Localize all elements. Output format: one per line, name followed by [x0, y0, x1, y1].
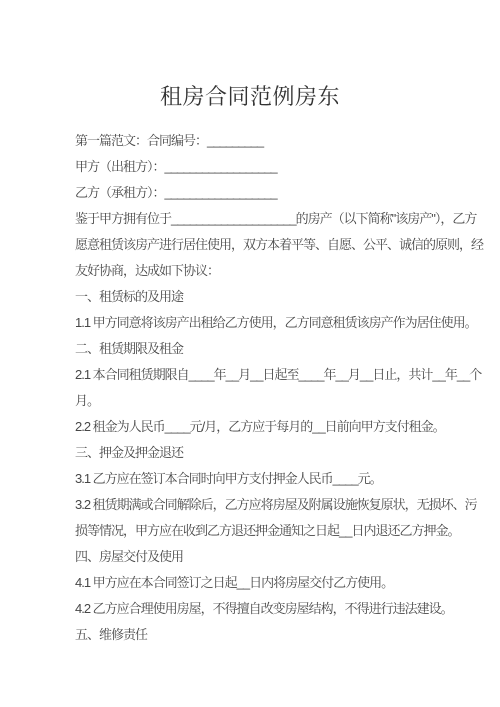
contract-section-3-heading: 三、押金及押金退还 — [75, 440, 445, 466]
contract-clause-4-1: 4.1 甲方应在本合同签订之日起__日内将房屋交付乙方使用。 — [75, 570, 445, 596]
document-body: 第一篇范文：合同编号：_________ 甲方（出租方）：___________… — [0, 128, 500, 648]
contract-line-preamble: 鉴于甲方拥有位于____________________的房产（以下简称"该房产… — [75, 206, 445, 232]
contract-clause-2-2: 2.2 租金为人民币____元/月，乙方应于每月的__日前向甲方支付租金。 — [75, 414, 445, 440]
contract-line-intro: 第一篇范文：合同编号：_________ — [75, 128, 445, 154]
contract-clause-4-2: 4.2 乙方应合理使用房屋，不得擅自改变房屋结构，不得进行违法建设。 — [75, 596, 445, 622]
contract-clause-3-1: 3.1 乙方应在签订本合同时向甲方支付押金人民币____元。 — [75, 466, 445, 492]
contract-page: 租房合同范例房东 第一篇范文：合同编号：_________ 甲方（出租方）：__… — [0, 0, 500, 707]
contract-clause-2-1: 2.1 本合同租赁期限自____年__月__日起至____年__月__日止，共计… — [75, 362, 445, 388]
contract-clause-1-1: 1.1 甲方同意将该房产出租给乙方使用，乙方同意租赁该房产作为居住使用。 — [75, 310, 445, 336]
contract-clause-3-2: 损等情况，甲方应在收到乙方退还押金通知之日起__日内退还乙方押金。 — [75, 518, 445, 544]
contract-line-preamble: 愿意租赁该房产进行居住使用，双方本着平等、自愿、公平、诚信的原则，经 — [75, 232, 445, 258]
document-title: 租房合同范例房东 — [0, 0, 500, 112]
contract-section-4-heading: 四、房屋交付及使用 — [75, 544, 445, 570]
contract-section-5-heading: 五、维修责任 — [75, 622, 445, 648]
contract-section-2-heading: 二、租赁期限及租金 — [75, 336, 445, 362]
contract-line-party-b: 乙方（承租方）：__________________ — [75, 180, 445, 206]
contract-line-party-a: 甲方（出租方）：__________________ — [75, 154, 445, 180]
contract-line-preamble: 友好协商，达成如下协议： — [75, 258, 445, 284]
contract-section-1-heading: 一、租赁标的及用途 — [75, 284, 445, 310]
contract-clause-3-2: 3.2 租赁期满或合同解除后，乙方应将房屋及附属设施恢复原状，无损坏、污 — [75, 492, 445, 518]
contract-clause-2-1: 月。 — [75, 388, 445, 414]
